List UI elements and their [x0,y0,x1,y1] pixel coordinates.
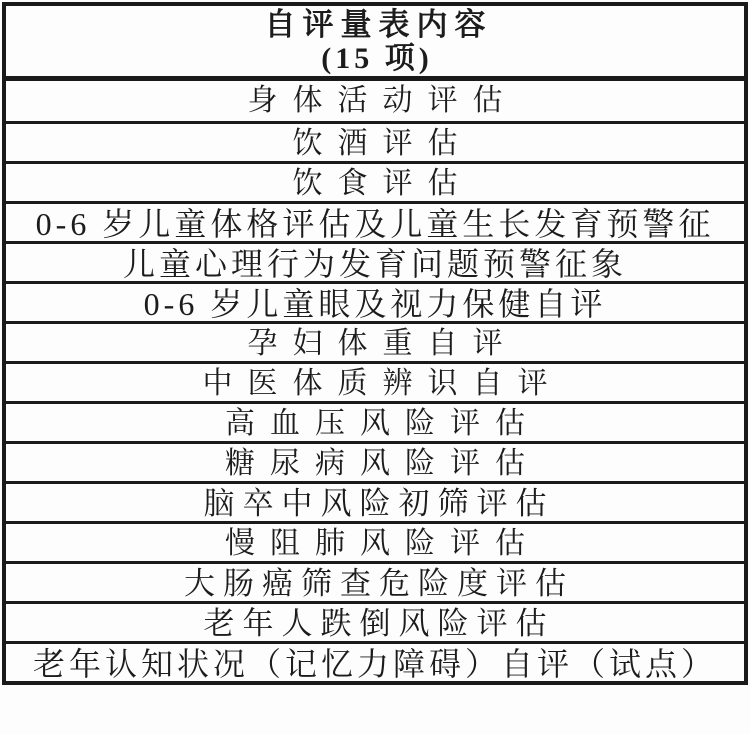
table-row: 慢阻肺风险评估 [6,521,744,561]
table-row: 饮食评估 [6,161,744,201]
table-row: 大肠癌筛查危险度评估 [6,561,744,601]
self-assessment-scale-table: 自评量表内容 (15 项) 身体活动评估 饮酒评估 饮食评估 0-6 岁儿童体格… [2,2,748,685]
table-row: 身体活动评估 [6,81,744,121]
table-row: 脑卒中风险初筛评估 [6,481,744,521]
table-item-count: (15 项) [6,42,744,76]
table-title: 自评量表内容 [6,8,744,42]
table-row: 孕妇体重自评 [6,321,744,361]
table-row: 儿童心理行为发育问题预警征象 [6,241,744,281]
table-row: 0-6 岁儿童体格评估及儿童生长发育预警征 [6,201,744,241]
table-row: 中医体质辨识自评 [6,361,744,401]
table-row: 高血压风险评估 [6,401,744,441]
table-row: 老年人跌倒风险评估 [6,601,744,641]
table-row: 糖尿病风险评估 [6,441,744,481]
table-row: 饮酒评估 [6,121,744,161]
table-row: 0-6 岁儿童眼及视力保健自评 [6,281,744,321]
table-row: 老年认知状况（记忆力障碍）自评（试点） [6,641,744,681]
table-header: 自评量表内容 (15 项) [6,6,744,76]
